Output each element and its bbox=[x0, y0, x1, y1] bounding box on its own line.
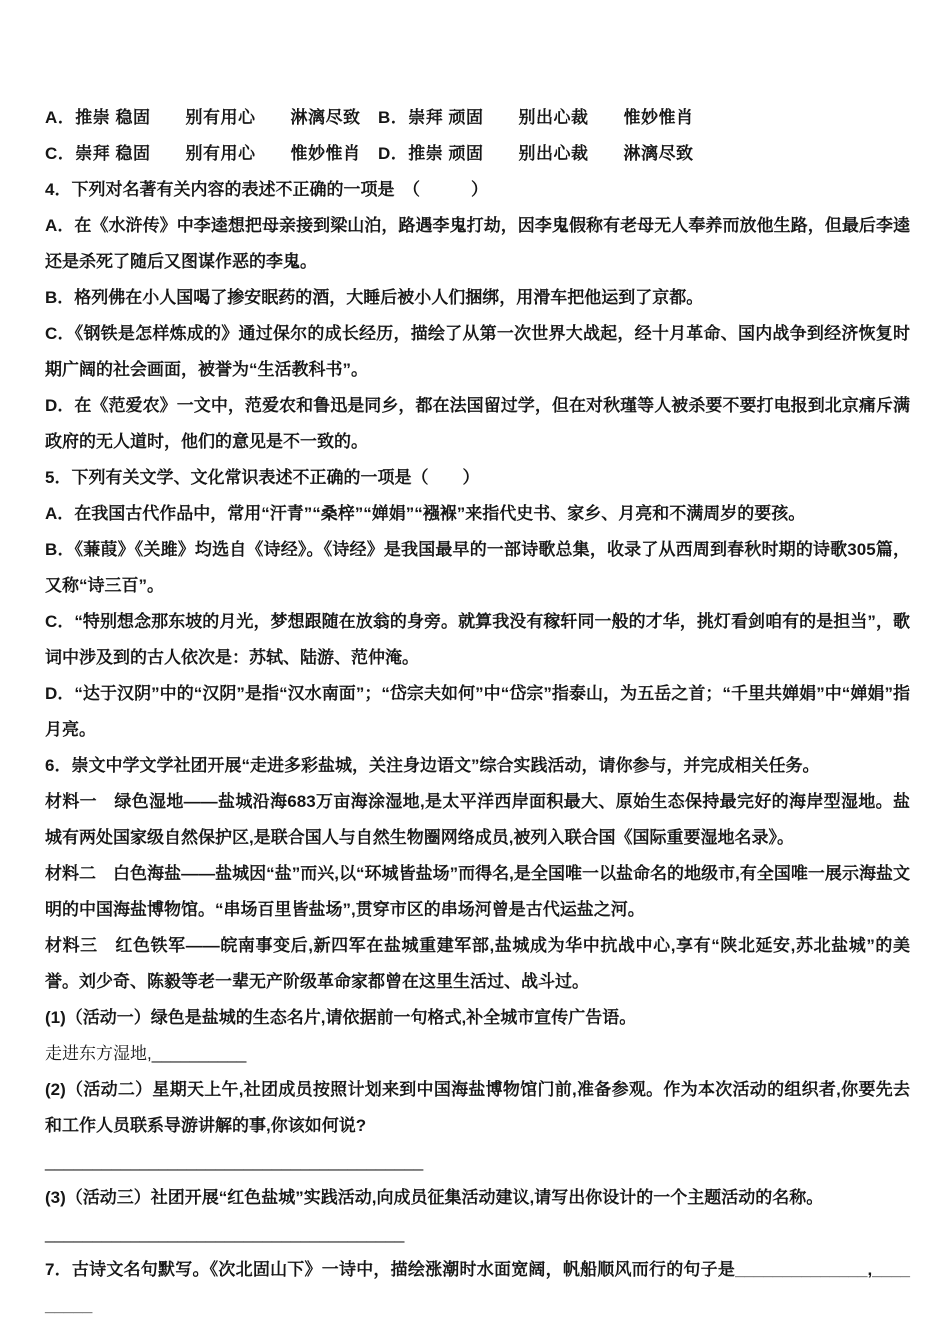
q3-options-row-2: C．崇拜 稳固 别有用心 惟妙惟肖 D．推崇 顽固 别出心裁 淋漓尽致 bbox=[45, 136, 910, 172]
q6-activity-1-fill-blank: 走进东方湿地,__________ bbox=[45, 1036, 910, 1072]
q6-material-1: 材料一 绿色湿地——盐城沿海683万亩海涂湿地,是太平洋西岸面积最大、原始生态保… bbox=[45, 784, 910, 856]
q6-answer-blank-2: ______________________________________ bbox=[45, 1216, 910, 1252]
q6-material-3: 材料三 红色铁军——皖南事变后,新四军在盐城重建军部,盐城成为华中抗战中心,享有… bbox=[45, 928, 910, 1000]
q5-option-a: A．在我国古代作品中，常用“汗青”“桑梓”“婵娟”“襁褓”来指代史书、家乡、月亮… bbox=[45, 496, 910, 532]
q5-option-b: B．《蒹葭》《关雎》均选自《诗经》。《诗经》是我国最早的一部诗歌总集，收录了从西… bbox=[45, 532, 910, 604]
q4-option-b: B．格列佛在小人国喝了掺安眠药的酒，大睡后被小人们捆绑，用滑车把他运到了京都。 bbox=[45, 280, 910, 316]
q6-activity-3: (3)（活动三）社团开展“红色盐城”实践活动,向成员征集活动建议,请写出你设计的… bbox=[45, 1180, 910, 1216]
q5-option-c: C．“特别想念那东坡的月光，梦想跟随在放翁的身旁。就算我没有稼轩同一般的才华，挑… bbox=[45, 604, 910, 676]
q4-option-d: D．在《范爱农》一文中，范爱农和鲁迅是同乡，都在法国留过学，但在对秋瑾等人被杀要… bbox=[45, 388, 910, 460]
q5-stem: 5．下列有关文学、文化常识表述不正确的一项是（ ） bbox=[45, 460, 910, 496]
exam-page: A．推崇 稳固 别有用心 淋漓尽致 B．崇拜 顽固 别出心裁 惟妙惟肖 C．崇拜… bbox=[0, 0, 950, 1344]
q6-stem: 6．崇文中学文学社团开展“走进多彩盐城，关注身边语文”综合实践活动，请你参与，并… bbox=[45, 748, 910, 784]
q6-answer-blank-1: ________________________________________ bbox=[45, 1144, 910, 1180]
q6-activity-2: (2)（活动二）星期天上午,社团成员按照计划来到中国海盐博物馆门前,准备参观。作… bbox=[45, 1072, 910, 1144]
q6-activity-1: (1)（活动一）绿色是盐城的生态名片,请依据前一句格式,补全城市宣传广告语。 bbox=[45, 1000, 910, 1036]
q7-stem: 7．古诗文名句默写。《次北固山下》一诗中，描绘涨潮时水面宽阔，帆船顺风而行的句子… bbox=[45, 1252, 910, 1324]
q4-option-c: C．《钢铁是怎样炼成的》通过保尔的成长经历，描绘了从第一次世界大战起，经十月革命… bbox=[45, 316, 910, 388]
q6-material-2: 材料二 白色海盐——盐城因“盐”而兴,以“环城皆盐场”而得名,是全国唯一以盐命名… bbox=[45, 856, 910, 928]
q4-stem: 4．下列对名著有关内容的表述不正确的一项是 （ ） bbox=[45, 172, 910, 208]
q4-option-a: A．在《水浒传》中李逵想把母亲接到梁山泊，路遇李鬼打劫，因李鬼假称有老母无人奉养… bbox=[45, 208, 910, 280]
q3-options-row-1: A．推崇 稳固 别有用心 淋漓尽致 B．崇拜 顽固 别出心裁 惟妙惟肖 bbox=[45, 100, 910, 136]
q5-option-d: D．“达于汉阴”中的“汉阴”是指“汉水南面”；“岱宗夫如何”中“岱宗”指泰山，为… bbox=[45, 676, 910, 748]
